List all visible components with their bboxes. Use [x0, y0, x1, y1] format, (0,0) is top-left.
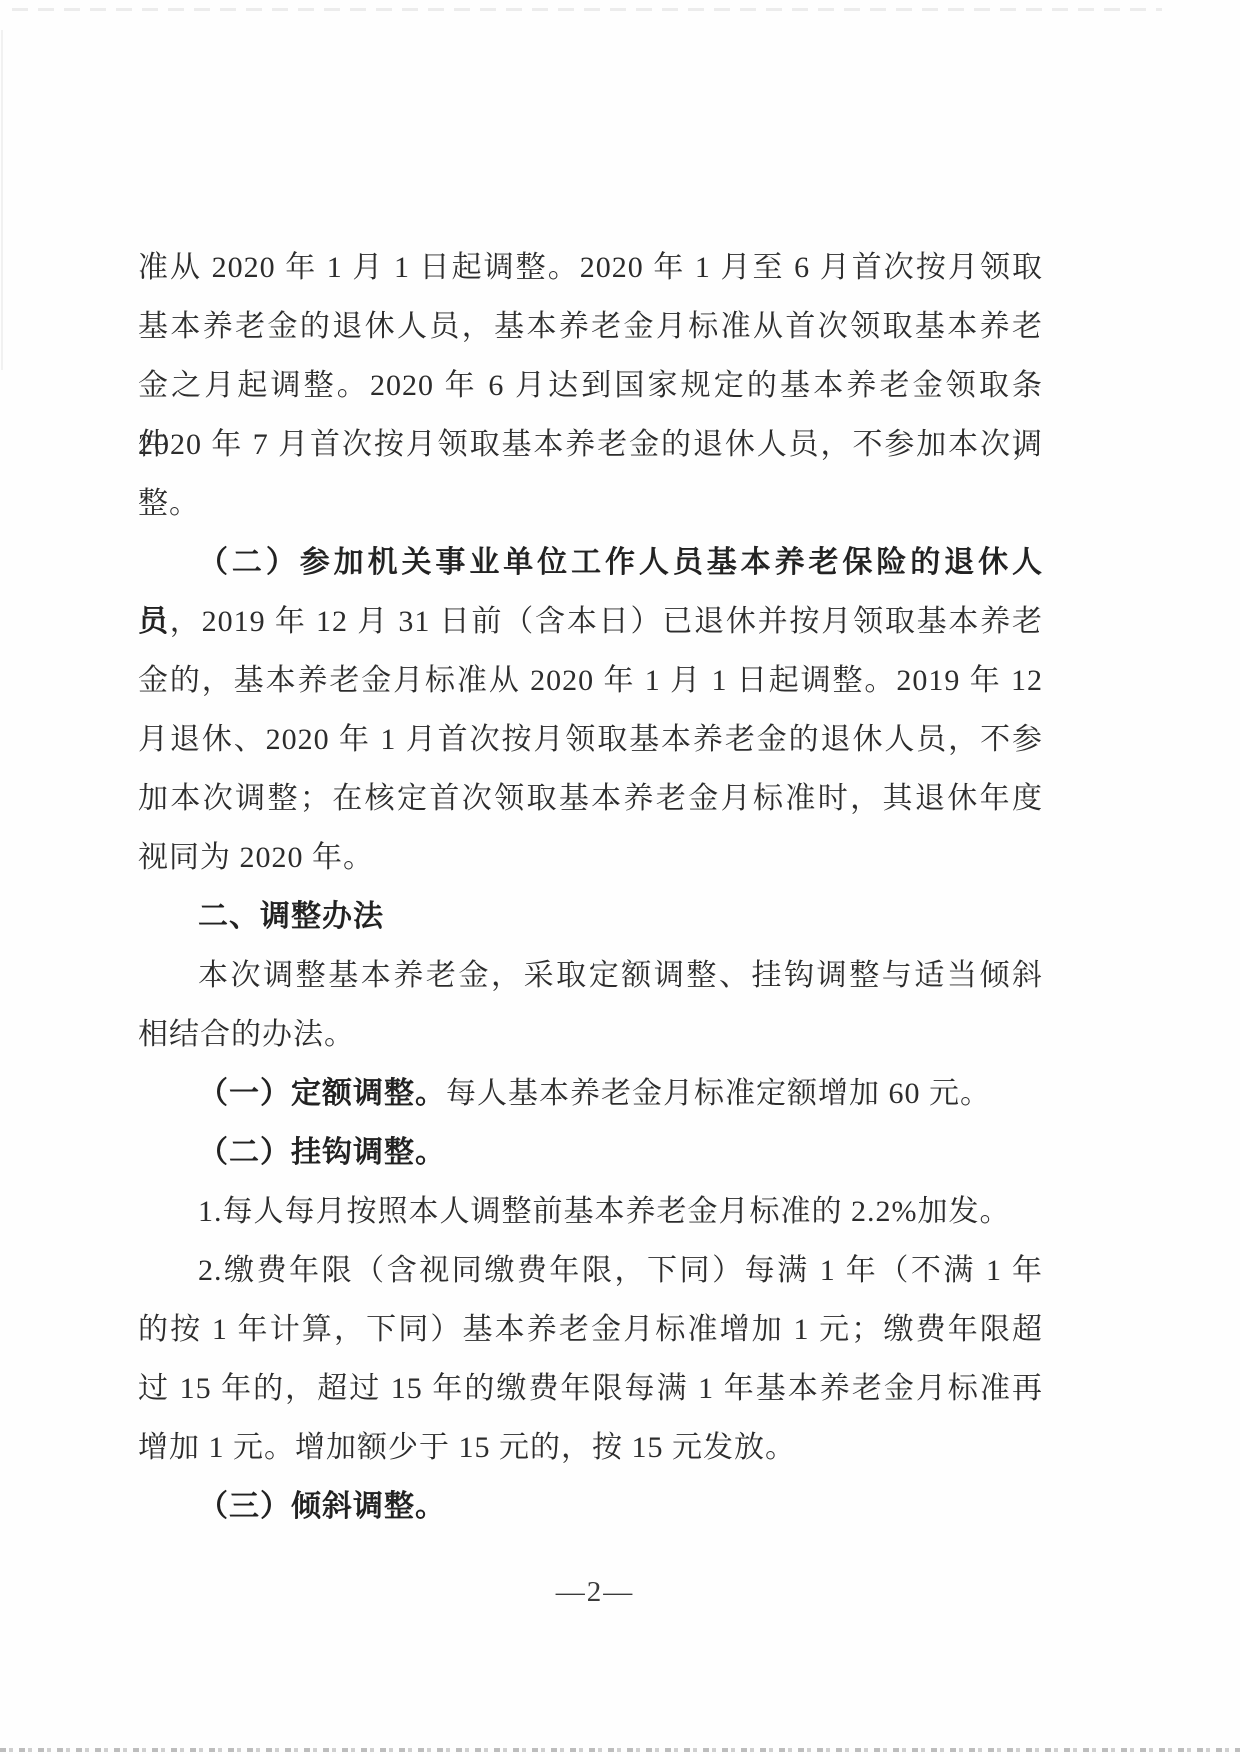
line-text: 增加 1 元。增加额少于 15 元的，按 15 元发放。: [138, 1431, 796, 1464]
line-text: 基本养老金的退休人员，基本养老金月标准从首次领取基本养老: [138, 310, 1043, 343]
doc-line-07: 员，2019 年 12 月 31 日前（含本日）已退休并按月领取基本养老: [138, 592, 1043, 651]
doc-line-11: 视同为 2020 年。: [138, 828, 1043, 887]
heading-item-2-linked-adjustment: （二）挂钩调整。: [138, 1123, 1043, 1182]
heading-item-3-tilted-adjustment: （三）倾斜调整。: [138, 1477, 1043, 1536]
line-text: 1.每人每月按照本人调整前基本养老金月标准的 2.2%加发。: [198, 1195, 1011, 1228]
line-text: 金的，基本养老金月标准从 2020 年 1 月 1 日起调整。2019 年 12: [138, 664, 1043, 697]
doc-line-08: 金的，基本养老金月标准从 2020 年 1 月 1 日起调整。2019 年 12: [138, 651, 1043, 710]
line-text: 整。: [138, 487, 200, 520]
line-text: （二）挂钩调整。: [198, 1136, 446, 1169]
doc-line-05: 整。: [138, 474, 1043, 533]
line-text-bold-lead: 员: [138, 605, 170, 638]
line-text: （三）倾斜调整。: [198, 1490, 446, 1523]
heading-section-2-adjustment-method: 二、调整办法: [138, 887, 1043, 946]
line-text: 相结合的办法。: [138, 1018, 355, 1051]
line-text: 2.缴费年限（含视同缴费年限，下同）每满 1 年（不满 1 年: [198, 1254, 1043, 1287]
doc-line-19: 的按 1 年计算，下同）基本养老金月标准增加 1 元；缴费年限超: [138, 1300, 1043, 1359]
heading-para-2-pension-insurance: （二）参加机关事业单位工作人员基本养老保险的退休人: [138, 533, 1043, 592]
doc-line-03: 金之月起调整。2020 年 6 月达到国家规定的基本养老金领取条件，: [138, 356, 1043, 415]
doc-line-13: 本次调整基本养老金，采取定额调整、挂钩调整与适当倾斜: [138, 946, 1043, 1005]
scan-artifact-top-edge: [12, 8, 1162, 11]
scan-artifact-left-edge: [1, 30, 3, 370]
page-number: —2—: [0, 1576, 1190, 1609]
doc-line-09: 月退休、2020 年 1 月首次按月领取基本养老金的退休人员，不参: [138, 710, 1043, 769]
doc-line-02: 基本养老金的退休人员，基本养老金月标准从首次领取基本养老: [138, 297, 1043, 356]
line-text: 每人基本养老金月标准定额增加 60 元。: [446, 1077, 991, 1110]
line-text: 2020 年 7 月首次按月领取基本养老金的退休人员，不参加本次调: [138, 428, 1043, 461]
line-text: （二）参加机关事业单位工作人员基本养老保险的退休人: [198, 546, 1043, 579]
doc-line-10: 加本次调整；在核定首次领取基本养老金月标准时，其退休年度: [138, 769, 1043, 828]
item-1-fixed-amount-adjustment: （一）定额调整。每人基本养老金月标准定额增加 60 元。: [138, 1064, 1043, 1123]
document-body: 准从 2020 年 1 月 1 日起调整。2020 年 1 月至 6 月首次按月…: [138, 238, 1043, 1536]
scan-artifact-bottom-edge: [0, 1748, 1240, 1752]
line-text: 视同为 2020 年。: [138, 841, 374, 874]
doc-line-14: 相结合的办法。: [138, 1005, 1043, 1064]
scanned-document-page: 准从 2020 年 1 月 1 日起调整。2020 年 1 月至 6 月首次按月…: [0, 0, 1240, 1754]
line-text: 过 15 年的，超过 15 年的缴费年限每满 1 年基本养老金月标准再: [138, 1372, 1043, 1405]
doc-line-21: 增加 1 元。增加额少于 15 元的，按 15 元发放。: [138, 1418, 1043, 1477]
line-text: 的按 1 年计算，下同）基本养老金月标准增加 1 元；缴费年限超: [138, 1313, 1043, 1346]
doc-line-20: 过 15 年的，超过 15 年的缴费年限每满 1 年基本养老金月标准再: [138, 1359, 1043, 1418]
doc-line-17: 1.每人每月按照本人调整前基本养老金月标准的 2.2%加发。: [138, 1182, 1043, 1241]
line-text: ，2019 年 12 月 31 日前（含本日）已退休并按月领取基本养老: [170, 605, 1043, 638]
doc-line-04: 2020 年 7 月首次按月领取基本养老金的退休人员，不参加本次调: [138, 415, 1043, 474]
doc-line-01: 准从 2020 年 1 月 1 日起调整。2020 年 1 月至 6 月首次按月…: [138, 238, 1043, 297]
line-text: 二、调整办法: [198, 900, 384, 933]
line-text-bold-lead: （一）定额调整。: [198, 1077, 446, 1110]
line-text: 月退休、2020 年 1 月首次按月领取基本养老金的退休人员，不参: [138, 723, 1043, 756]
line-text: 本次调整基本养老金，采取定额调整、挂钩调整与适当倾斜: [198, 959, 1043, 992]
line-text: 准从 2020 年 1 月 1 日起调整。2020 年 1 月至 6 月首次按月…: [138, 251, 1043, 284]
line-text: 加本次调整；在核定首次领取基本养老金月标准时，其退休年度: [138, 782, 1043, 815]
doc-line-18: 2.缴费年限（含视同缴费年限，下同）每满 1 年（不满 1 年: [138, 1241, 1043, 1300]
